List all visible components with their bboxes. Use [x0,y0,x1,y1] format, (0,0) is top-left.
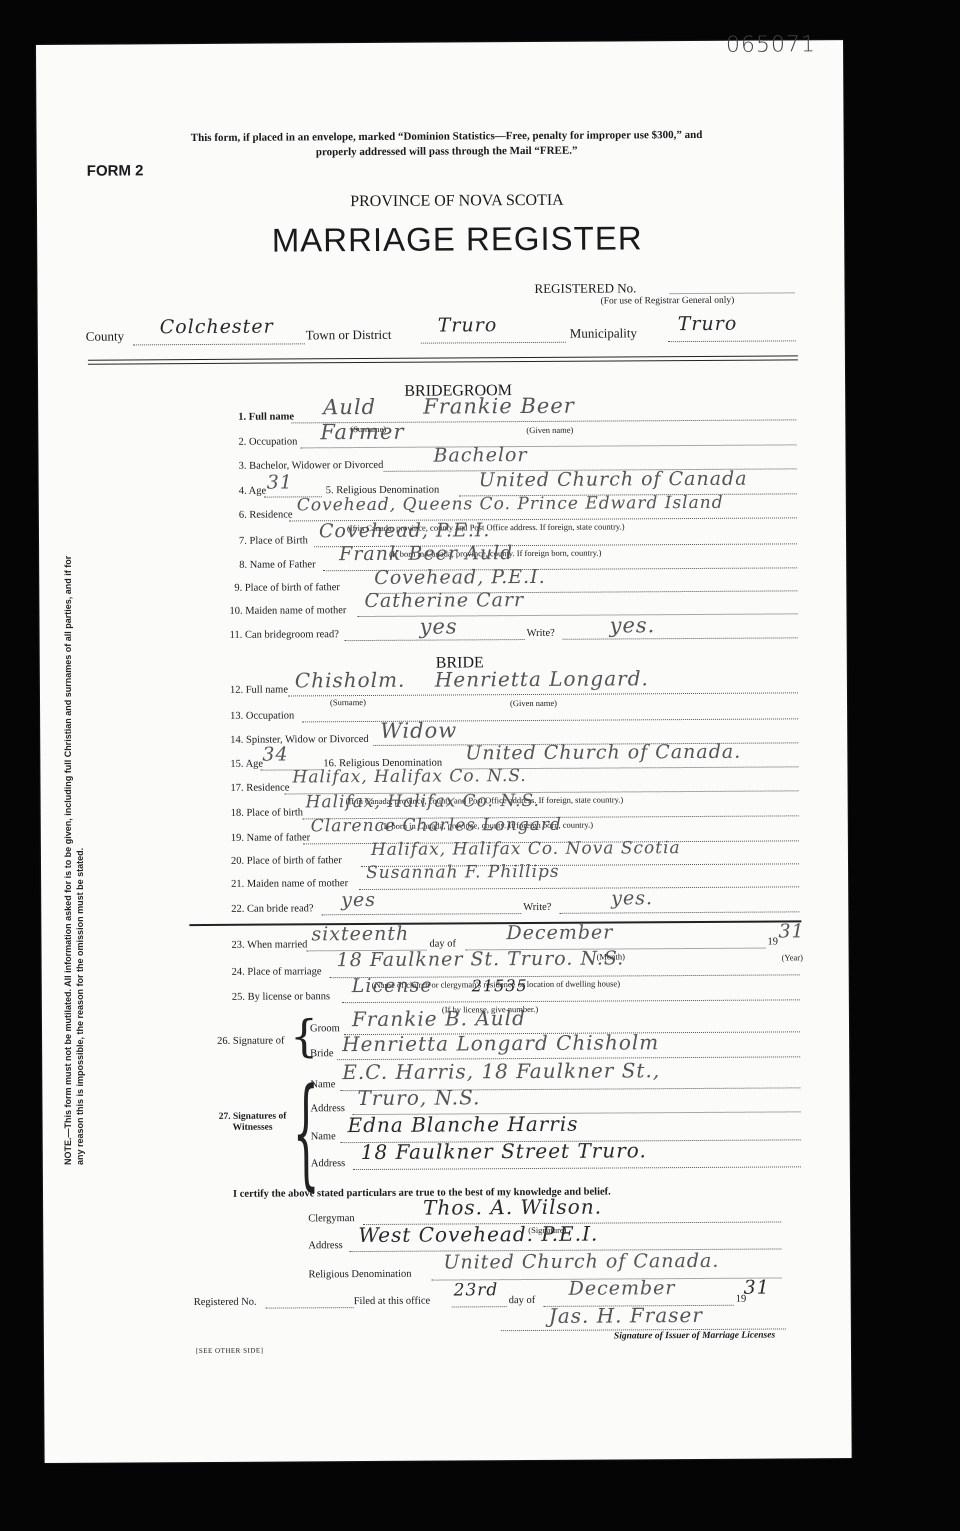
groom-status: Bachelor [433,444,527,467]
bride-age-label: 15. Age [230,759,263,770]
groom-residence-label: 6. Residence [239,509,293,520]
witness-2-name-label: Name [311,1131,336,1142]
issuer-label: Signature of Issuer of Marriage Licenses [614,1331,775,1342]
field-line [345,639,525,641]
issuer-signature: Jas. H. Fraser [549,1303,703,1328]
signature-of-label: 26. Signature of [217,1036,284,1047]
form-label: FORM 2 [87,162,144,179]
county-label: County [86,328,124,344]
year-hint: (Year) [782,952,803,962]
field-line [563,637,798,639]
groom-read-label: 11. Can bridegroom read? [230,629,339,641]
filed-month: December [569,1277,676,1300]
bride-father-birthplace: Halifax, Halifax Co. Nova Scotia [371,838,681,860]
mail-notice-line2: properly addressed will pass through the… [97,143,797,159]
bride-mother-label: 21. Maiden name of mother [231,878,348,890]
field-line [288,692,798,696]
registered-no-footer-label: Registered No. [194,1297,257,1308]
section-divider [189,920,801,926]
given-name-hint: (Given name) [526,425,573,435]
groom-age-label: 4. Age [239,486,266,497]
registered-no-label: REGISTERED No. [534,280,636,297]
bride-father-label: 19. Name of father [231,832,310,843]
clergy-religion: United Church of Canada. [443,1250,719,1274]
bride-residence: Halifax, Halifax Co. N.S. [292,766,526,787]
witness-2-address-label: Address [311,1158,345,1169]
groom-birthplace-label: 7. Place of Birth [239,535,308,546]
groom-birthplace: Covehead, P.E.I. [319,519,491,542]
groom-residence: Covehead, Queens Co. Prince Edward Islan… [297,493,724,516]
bride-read: yes [341,889,376,911]
bride-surname: Chisholm. [295,668,406,693]
bride-birthplace-label: 18. Place of birth [231,807,303,818]
married-month: December [506,921,613,944]
groom-surname: Auld [323,395,376,419]
field-line [300,444,796,448]
county-value: Colchester [160,316,274,339]
bride-write-label: Write? [523,902,551,913]
year-prefix: 19 [767,936,778,947]
field-line [266,1307,354,1309]
witness-1-name: E.C. Harris, 18 Faulkner St., [342,1058,660,1084]
province-heading: PROVINCE OF NOVA SCOTIA [207,191,707,212]
witnesses-label-line2: Witnesses [208,1122,298,1134]
filed-label: Filed at this office [354,1296,431,1307]
license-label: 25. By license or banns [232,991,330,1003]
surname-hint: (Surname) [330,697,366,707]
groom-father-label: 8. Name of Father [239,559,315,570]
side-note-text: NOTE.—This form must not be mutilated. A… [63,556,85,1165]
side-note: NOTE.—This form must not be mutilated. A… [62,545,86,1165]
bride-occupation-label: 13. Occupation [230,710,294,721]
bride-signature-label: Bride [310,1048,333,1059]
bride-status: Widow [380,718,457,742]
witness-1-name-label: Name [310,1079,335,1090]
groom-father: Frank Beer Auld [339,542,513,565]
groom-age: 31 [267,471,293,493]
witnesses-label: 27. Signatures of Witnesses [208,1111,298,1134]
registrar-note: (For use of Registrar General only) [601,296,735,307]
field-line [302,718,798,722]
clergy-religion-label: Religious Denomination [308,1269,411,1281]
groom-mother-label: 10. Maiden name of mother [229,605,346,617]
groom-read: yes [419,614,457,638]
bride-signature: Henrietta Longard Chisholm [342,1030,659,1056]
bride-full-name-label: 12. Full name [230,684,288,695]
witness-2-address: 18 Faulkner Street Truro. [361,1138,647,1164]
filed-year: 31 [744,1277,770,1299]
groom-given-name: Frankie Beer [423,394,575,419]
groom-write: yes. [609,613,655,637]
municipality-label: Municipality [570,325,637,341]
municipality-value: Truro [678,313,738,335]
field-line [452,1306,507,1307]
bride-age: 34 [262,743,288,765]
serial-number: 065071 [726,32,816,58]
bride-religion: United Church of Canada. [465,741,741,765]
groom-occupation-label: 2. Occupation [238,436,297,447]
place-of-marriage: 18 Faulkner St. Truro. N.S. [337,947,625,971]
married-day: sixteenth [311,923,409,946]
registered-no-line [670,292,795,294]
license-number: 21535 [472,976,528,995]
groom-full-name-label: 1. Full name [238,411,294,422]
field-line [342,999,800,1003]
witness-2-name: Edna Blanche Harris [348,1112,579,1137]
clergyman-signature: Thos. A. Wilson. [423,1195,602,1220]
clergyman-label: Clergyman [308,1213,355,1224]
clergy-address-label: Address [308,1240,342,1251]
witnesses-label-line1: 27. Signatures of [208,1111,298,1123]
groom-write-label: Write? [527,628,555,639]
bride-read-label: 22. Can bride read? [231,903,313,915]
bride-father: Clarence Charles Longard [311,815,562,837]
county-line [133,343,305,345]
bride-birthplace: Halifax, Halifax Co. N.S. [306,791,540,812]
married-year: 31 [778,920,804,942]
groom-mother: Catherine Carr [364,589,524,612]
groom-father-birthplace-label: 9. Place of birth of father [234,582,340,594]
field-line [321,913,521,915]
town-line [421,342,566,344]
groom-occupation: Farmer [320,420,404,445]
witness-1-address-label: Address [310,1103,344,1114]
marriage-register-form: 065071 This form, if placed in an envelo… [36,40,852,1463]
bride-mother: Susannah F. Phillips [366,862,560,883]
town-label: Town or District [306,327,392,344]
groom-signature-label: Groom [310,1023,340,1034]
license-type: License [352,975,433,997]
groom-father-birthplace: Covehead, P.E.I. [374,566,546,589]
bride-father-birthplace-label: 20. Place of birth of father [231,855,342,867]
municipality-line [668,340,796,342]
groom-status-label: 3. Bachelor, Widower or Divorced [239,460,384,472]
page-title: MARRIAGE REGISTER [157,219,757,261]
bride-write: yes. [611,887,653,909]
bride-residence-label: 17. Residence [231,782,290,793]
field-line [353,1166,801,1170]
mail-notice-line1: This form, if placed in an envelope, mar… [97,128,797,144]
filed-day: 23rd [454,1280,499,1300]
groom-religion: United Church of Canada [479,468,748,492]
groom-signature: Frankie B. Auld [352,1006,526,1031]
place-of-marriage-label: 24. Place of marriage [232,966,322,978]
see-other-side: [SEE OTHER SIDE] [196,1347,264,1355]
town-value: Truro [438,314,498,336]
witness-1-address: Truro, N.S. [357,1085,480,1110]
bride-status-label: 14. Spinster, Widow or Divorced [230,734,368,746]
field-line [359,886,799,890]
divider [88,359,798,364]
field-line [559,911,799,913]
filed-day-of-label: day of [509,1295,536,1306]
bride-given-name: Henrietta Longard. [435,666,649,691]
clergy-address: West Covehead. P.E.I. [358,1222,598,1247]
when-married-label: 23. When married [231,939,307,950]
given-name-hint: (Given name) [510,698,557,708]
